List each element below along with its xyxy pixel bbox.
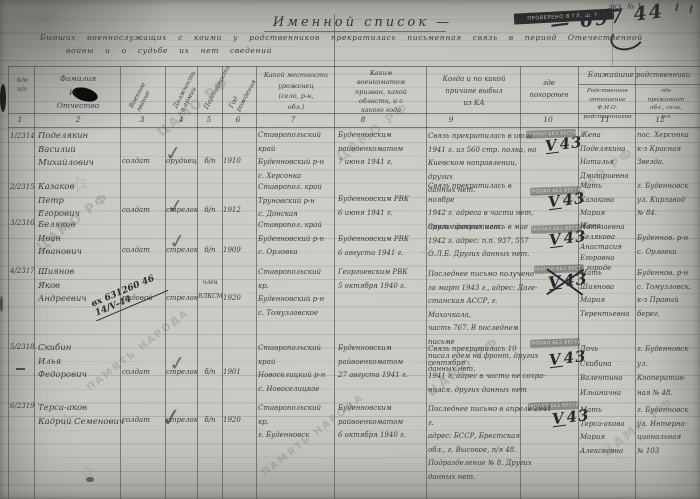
table-row: 1/2314 Поделякин Василий Михайлович солд… [0, 128, 700, 129]
title-underline [264, 31, 446, 32]
cell-relative-address: Буденнов. р-н с. Томузловск. к-з Правый … [637, 267, 697, 321]
col-header-index: №№ п/п [10, 76, 34, 94]
cell-birthplace: Ставропольский кр. г. Буденновск [258, 402, 334, 443]
col-number: 1 [11, 115, 29, 124]
col-number: 9 [442, 115, 460, 124]
cell-party: б/п [198, 244, 222, 258]
cell-relative: Жена Поделякина Наталья Дмитриевна [580, 129, 635, 183]
col-number: 5 [200, 115, 218, 124]
cell-birth-year: 1909 [223, 244, 254, 258]
col-header-relatives-group: Ближайшие родственники [580, 71, 698, 79]
cell-relative-address: г. Буденновск ул. Интерна- циональная № … [637, 404, 697, 458]
cell-relative-address: пос. Херсонка к-з Красная Звезда. [637, 129, 697, 170]
cell-relative-address: Буденнов. р-н с. Орловка [637, 232, 697, 259]
cell-birthplace: Ставропольский кр. Буденновский р-н с. Т… [258, 266, 334, 320]
scanned-document: ЦАМО РФ ЦАМО РФ ЦАМО РФ ЦАМО РФ ЦАМО РФ … [0, 0, 700, 499]
cell-relative-address: г. Буденновск ул. Кооператив- ная № 48. [637, 342, 697, 400]
cell-relative: Мать Шиянова Мария Терентьевна [580, 267, 635, 321]
cell-drafted-by: Буденновским райвоенкоматом 6 октября 19… [338, 402, 424, 443]
col-header-birthplace: Какой местности уроженец (село, р-н, обл… [258, 70, 334, 112]
col-number: 2 [69, 115, 87, 124]
pencil-tick [689, 5, 693, 13]
grid-line-vertical [222, 66, 223, 499]
paper-crease [612, 0, 613, 66]
check-mark-icon: ✓ [159, 402, 184, 434]
col-number: 6 [229, 115, 247, 124]
cell-rank: солдат [122, 155, 164, 169]
document-subtitle-line1: Бывших военнослужащих с коими у родствен… [40, 33, 643, 42]
col-number: 12 [651, 115, 669, 124]
cell-rank: рядовой [122, 292, 164, 306]
cell-full-name: Скибин Илья Федорович [38, 342, 118, 383]
col-header-drafted-by: Каким военкоматом призван, какой области… [338, 69, 424, 115]
cell-birth-year: 1910 [223, 155, 254, 169]
cell-party: б/п [198, 155, 222, 169]
cell-drafted-by: Буденновским райвоенкоматом 27 августа 1… [338, 342, 424, 383]
cell-drafted-by: Буденновским РВК 6 августа 1941 г. [338, 233, 424, 260]
col-number: 4 [172, 115, 190, 124]
grid-line-vertical [256, 66, 257, 499]
cell-birth-year: 1920 [223, 414, 254, 428]
table-row: 4/2317 Шиянов Яков Андреевич вх 631260 4… [0, 263, 700, 264]
col-number: 10 [539, 115, 557, 124]
document-title: Именной список — [255, 15, 470, 30]
grid-line-vertical [635, 66, 636, 499]
cell-birth-year: 1901 [223, 366, 254, 380]
scan-artifact [0, 84, 6, 112]
grid-line-vertical [8, 66, 9, 499]
pencil-tick [675, 3, 679, 11]
col-number: 8 [354, 115, 372, 124]
cell-birthplace: Ставропол. край Буденновский р-н с. Орло… [258, 219, 334, 260]
missing-stamp: ПРОПАЛ БЕЗ ВЕСТИ [530, 338, 580, 348]
col-number: 11 [596, 115, 614, 124]
col-number: 7 [284, 115, 302, 124]
grid-line-horizontal [8, 66, 700, 67]
cell-birthplace: Ставропольский край Буденновский р-н с. … [258, 129, 334, 183]
scan-artifact [0, 296, 3, 312]
check-mark-icon: ✓ [167, 228, 187, 254]
cell-party: член ВЛКСМ [198, 276, 222, 304]
col-header-loss-reason: Когда и по какой причине выбыл из КА [428, 73, 520, 109]
grid-line-vertical [334, 14, 335, 499]
grid-line-horizontal [578, 84, 700, 85]
cell-party: б/п [198, 414, 222, 428]
entry-number: 4/2317 [10, 265, 36, 279]
missing-stamp-text: ПРОПАЛ БЕЗ ВЕСТИ [530, 340, 580, 347]
entry-number: 6/2319 [10, 400, 36, 414]
cell-birth-year: 1920 [223, 292, 254, 306]
col-number: 3 [133, 115, 151, 124]
cell-relative: Мать Терса-акова Мария Алексеевна [580, 404, 635, 458]
pencil-dash [16, 368, 25, 370]
grid-line-vertical [120, 66, 121, 499]
table-row: 3/2316 Беляков Иван Иванович солдат стре… [0, 216, 700, 217]
cell-relative-address: г. Буденновск ул. Кирзавод № 84. [637, 180, 697, 221]
grid-line-vertical [426, 66, 427, 499]
check-mark-icon: ✓ [163, 140, 183, 166]
cell-drafted-by: Георгиевским РВК 5 октября 1940 г. [338, 266, 424, 293]
table-row: 5/2318. Скибин Илья Федорович солдат стр… [0, 338, 700, 339]
cell-rank: солдат [122, 366, 164, 380]
table-row: 6/2319 Терса-аков Кадрий Семенович солда… [0, 398, 700, 399]
cell-full-name: Беляков Иван Иванович [38, 219, 118, 260]
entry-number: 1/2314 [10, 130, 36, 144]
cell-rank: солдат [122, 414, 164, 428]
cell-relative: Жена Белякова Анастасия Егоровна в город… [580, 221, 635, 274]
cell-relative: Дочь Скибина Валентина Ильинична [580, 342, 635, 400]
cell-loss-details: Связь прекратилась в мае 1942 г. адрес: … [428, 221, 540, 262]
cell-party: б/п [198, 366, 222, 380]
col-header-burial-place: где похоронен [522, 77, 576, 101]
entry-number: 5/2318. [10, 341, 36, 355]
cell-loss-details: Последнее письмо в апреле 1941 г. адрес:… [428, 403, 556, 485]
entry-number: 2/2315 [10, 181, 36, 195]
cell-loss-details: Связь прекратилась 10 сентября 1941 г. а… [428, 343, 546, 397]
cell-rank: солдат [122, 244, 164, 258]
cell-birthplace: Ставропольский край Новоселицкий р-н с. … [258, 342, 334, 396]
table-row: 2/2315 Казаков Петр Егорович солдат стре… [0, 178, 700, 179]
cell-full-name: Поделякин Василий Михайлович [38, 130, 118, 171]
scan-artifact [86, 477, 94, 482]
check-mark-icon: ✓ [167, 350, 187, 376]
entry-number: 3/2316 [10, 217, 36, 231]
cell-duty: стрелок [166, 292, 196, 306]
grid-line-vertical [165, 66, 166, 499]
cell-drafted-by: Буденновским райвоенкоматом 7 июня 1941 … [338, 129, 424, 170]
cell-full-name: Терса-аков Кадрий Семенович [38, 402, 133, 429]
